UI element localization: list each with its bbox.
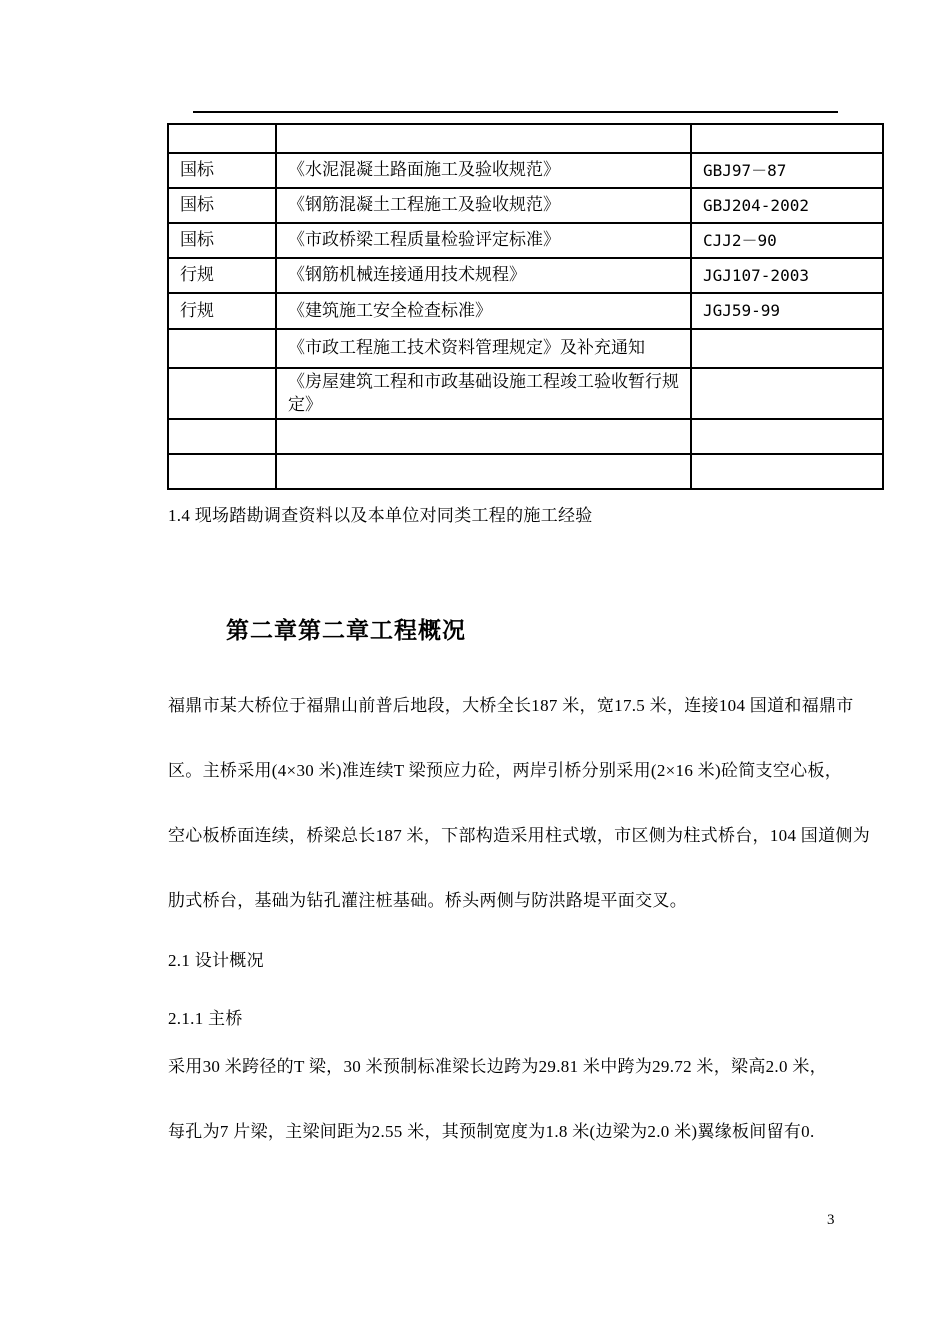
header-rule	[193, 111, 838, 113]
cell-standard-title: 《市政工程施工技术资料管理规定》及补充通知	[276, 329, 691, 368]
paragraph-line: 肋式桥台，基础为钻孔灌注桩基础。桥头两侧与防洪路堤平面交叉。	[168, 890, 687, 912]
table-row: 国标 《水泥混凝土路面施工及验收规范》 GBJ97－87	[168, 153, 883, 188]
cell-standard-code	[691, 124, 883, 153]
cell-standard-title: 《市政桥梁工程质量检验评定标准》	[276, 223, 691, 258]
cell-standard-code	[691, 454, 883, 489]
paragraph-line: 空心板桥面连续，桥梁总长187 米，下部构造采用柱式墩，市区侧为柱式桥台，104…	[168, 825, 870, 847]
section-heading-1-4: 1.4 现场踏勘调查资料以及本单位对同类工程的施工经验	[168, 505, 593, 527]
standards-table: 国标 《水泥混凝土路面施工及验收规范》 GBJ97－87 国标 《钢筋混凝土工程…	[167, 123, 884, 490]
cell-category	[168, 124, 276, 153]
chapter-heading: 第二章第二章工程概况	[226, 612, 466, 645]
paragraph-line: 区。主桥采用(4×30 米)准连续T 梁预应力砼，两岸引桥分别采用(2×16 米…	[168, 760, 842, 782]
cell-standard-code	[691, 329, 883, 368]
paragraph-line: 福鼎市某大桥位于福鼎山前普后地段，大桥全长187 米，宽17.5 米，连接104…	[168, 695, 854, 717]
table-row: 国标 《钢筋混凝土工程施工及验收规范》 GBJ204-2002	[168, 188, 883, 223]
cell-standard-code	[691, 368, 883, 419]
cell-category	[168, 368, 276, 419]
cell-category	[168, 329, 276, 368]
table-row	[168, 454, 883, 489]
table-row: 《市政工程施工技术资料管理规定》及补充通知	[168, 329, 883, 368]
table-row: 行规 《钢筋机械连接通用技术规程》 JGJ107-2003	[168, 258, 883, 293]
cell-category	[168, 419, 276, 454]
cell-category: 行规	[168, 258, 276, 293]
table-row: 行规 《建筑施工安全检查标准》 JGJ59-99	[168, 293, 883, 329]
page-number: 3	[827, 1212, 835, 1229]
cell-standard-code: JGJ59-99	[691, 293, 883, 329]
cell-standard-title	[276, 454, 691, 489]
cell-standard-code: GBJ204-2002	[691, 188, 883, 223]
cell-category: 国标	[168, 153, 276, 188]
cell-category: 国标	[168, 223, 276, 258]
cell-standard-title: 《钢筋混凝土工程施工及验收规范》	[276, 188, 691, 223]
cell-standard-title: 《建筑施工安全检查标准》	[276, 293, 691, 329]
cell-category: 国标	[168, 188, 276, 223]
section-heading-2-1: 2.1 设计概况	[168, 950, 264, 972]
table-row: 《房屋建筑工程和市政基础设施工程竣工验收暂行规定》	[168, 368, 883, 419]
cell-standard-code: JGJ107-2003	[691, 258, 883, 293]
table-row	[168, 124, 883, 153]
cell-category	[168, 454, 276, 489]
cell-standard-code: GBJ97－87	[691, 153, 883, 188]
cell-category: 行规	[168, 293, 276, 329]
cell-standard-title: 《房屋建筑工程和市政基础设施工程竣工验收暂行规定》	[276, 368, 691, 419]
section-heading-2-1-1: 2.1.1 主桥	[168, 1008, 243, 1030]
cell-standard-code: CJJ2－90	[691, 223, 883, 258]
cell-standard-title: 《钢筋机械连接通用技术规程》	[276, 258, 691, 293]
document-page: 国标 《水泥混凝土路面施工及验收规范》 GBJ97－87 国标 《钢筋混凝土工程…	[0, 0, 950, 1344]
cell-standard-code	[691, 419, 883, 454]
cell-standard-title: 《水泥混凝土路面施工及验收规范》	[276, 153, 691, 188]
paragraph-line: 采用30 米跨径的T 梁，30 米预制标准梁长边跨为29.81 米中跨为29.7…	[168, 1056, 827, 1078]
table-row	[168, 419, 883, 454]
cell-standard-title	[276, 419, 691, 454]
table-row: 国标 《市政桥梁工程质量检验评定标准》 CJJ2－90	[168, 223, 883, 258]
cell-standard-title	[276, 124, 691, 153]
paragraph-line: 每孔为7 片梁，主梁间距为2.55 米，其预制宽度为1.8 米(边梁为2.0 米…	[168, 1121, 815, 1143]
